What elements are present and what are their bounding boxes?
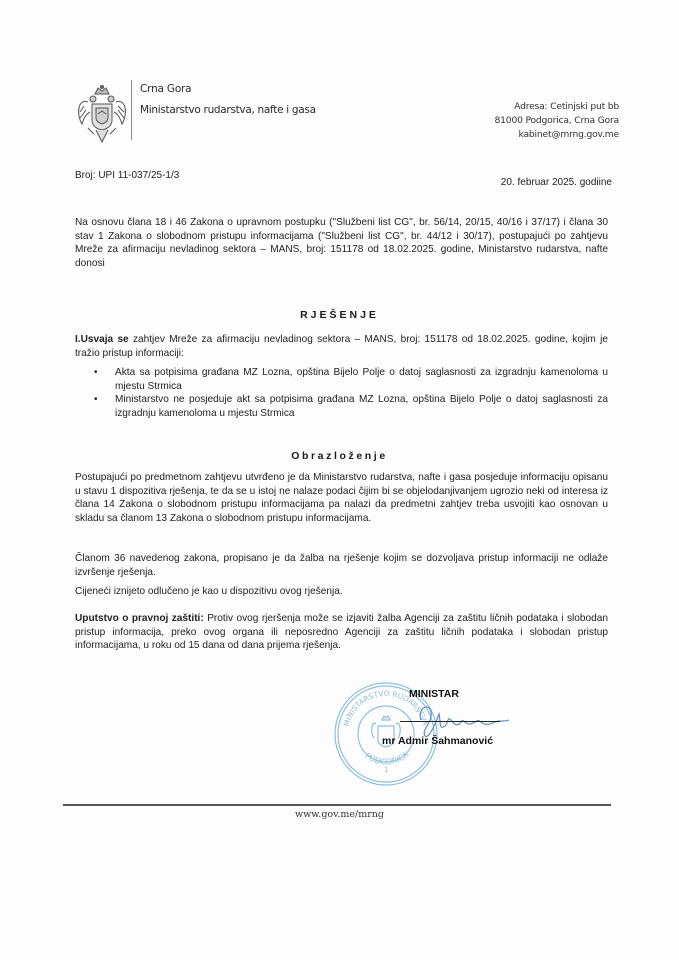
country-name: Crna Gora — [140, 83, 191, 95]
reasoning-title: Obrazloženje — [0, 450, 679, 462]
bullet-icon: • — [94, 393, 115, 407]
decision-bullet-list: • Akta sa potpisima građana MZ Lozna, op… — [94, 366, 608, 420]
legal-notice-label: Uputstvo o pravnoj zaštiti: — [75, 613, 204, 624]
reference-date: 20. februar 2025. godiine — [501, 177, 612, 188]
list-item: • Akta sa potpisima građana MZ Lozna, op… — [94, 366, 608, 393]
footer-website-link[interactable]: www.gov.me/mrng — [0, 809, 679, 820]
signatory-name: mr Admir Šahmanović — [382, 735, 493, 747]
intro-paragraph: Na osnovu člana 18 i 46 Zakona o upravno… — [75, 216, 608, 270]
bullet-text: Akta sa potpisima građana MZ Lozna, opšt… — [115, 366, 608, 393]
list-item: • Ministarstvo ne posjeduje akt sa potpi… — [94, 393, 608, 420]
header-divider — [131, 80, 132, 140]
decision-text: zahtjev Mreže za afirmaciju nevladinog s… — [75, 334, 608, 359]
bullet-icon: • — [94, 366, 115, 380]
stamp-text-bottom: PODGORICA — [363, 750, 411, 767]
ministry-name: Ministarstvo rudarstva, nafte i gasa — [140, 104, 316, 116]
svg-text:PODGORICA: PODGORICA — [363, 750, 411, 767]
address-block: Adresa: Cetinjski put bb 81000 Podgorica… — [495, 100, 619, 142]
coat-of-arms-icon — [74, 84, 130, 146]
address-street: Adresa: Cetinjski put bb — [495, 100, 619, 114]
signatory-title: MINISTAR — [409, 688, 459, 700]
reference-number: Broj: UPI 11-037/25-1/3 — [75, 170, 179, 181]
address-email[interactable]: kabinet@mrng.gov.me — [495, 128, 619, 142]
bullet-text: Ministarstvo ne posjeduje akt sa potpisi… — [115, 393, 608, 420]
decision-title: RJEŠENJE — [0, 309, 679, 321]
stamp-number: 1 — [384, 766, 388, 774]
reasoning-paragraph: Cijeneći iznijeto odlučeno je kao u disp… — [75, 585, 608, 599]
address-city: 81000 Podgorica, Crna Gora — [495, 114, 619, 128]
legal-notice-paragraph: Uputstvo o pravnoj zaštiti: Protiv ovog … — [75, 612, 608, 653]
signature-line — [400, 721, 500, 722]
decision-paragraph: I.Usvaja se zahtjev Mreže za afirmaciju … — [75, 333, 608, 360]
document-page: Crna Gora Ministarstvo rudarstva, nafte … — [0, 0, 679, 960]
handwritten-signature-icon — [415, 700, 515, 740]
decision-lead: I.Usvaja se — [75, 334, 129, 345]
footer-divider — [63, 804, 611, 806]
reasoning-paragraph: Članom 36 navedenog zakona, propisano je… — [75, 552, 608, 579]
reasoning-paragraph: Postupajući po predmetnom zahtjevu utvrđ… — [75, 471, 608, 525]
